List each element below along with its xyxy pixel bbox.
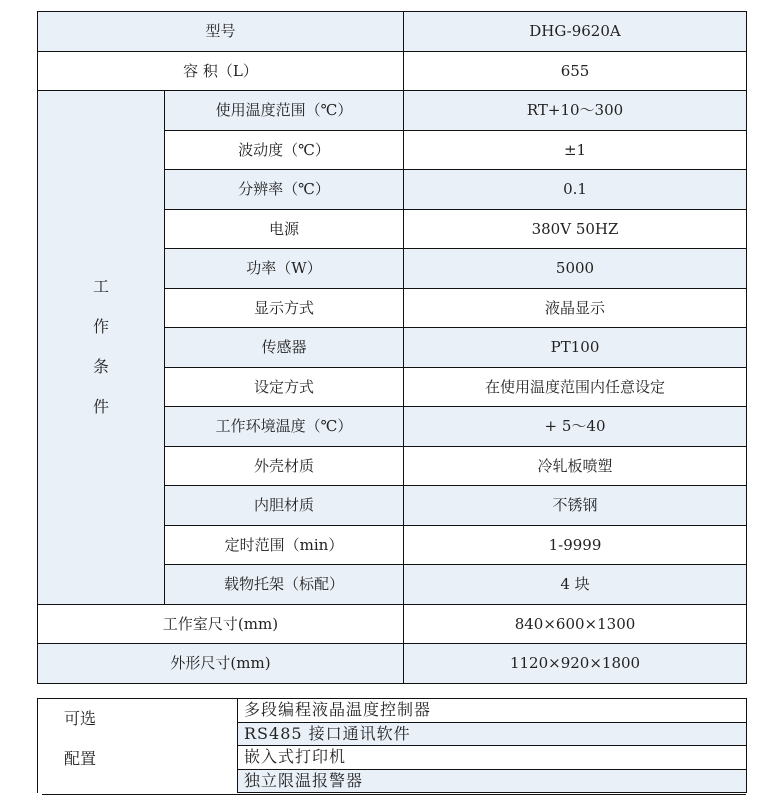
row-label: 使用温度范围（℃） [165, 91, 404, 131]
optional-config-label: 可选 配置 [38, 699, 238, 793]
row-value: 1-9999 [404, 525, 747, 565]
row-label: 传感器 [165, 328, 404, 368]
optional-label-line1: 可选 [64, 699, 237, 739]
chamber-size-label: 工作室尺寸(mm) [38, 604, 404, 644]
optional-item: 独立限温报警器 [238, 769, 747, 793]
volume-value: 655 [404, 51, 747, 91]
row-value: RT+10～300 [404, 91, 747, 131]
group-char: 条 [38, 347, 164, 387]
row-value: 冷轧板喷塑 [404, 446, 747, 486]
outer-size-value: 1120×920×1800 [404, 644, 747, 684]
table-row: 工 作 条 件 使用温度范围（℃） RT+10～300 [38, 91, 747, 131]
outer-size-label: 外形尺寸(mm) [38, 644, 404, 684]
group-char: 件 [38, 387, 164, 427]
row-value: 4 块 [404, 565, 747, 605]
row-value: 380V 50HZ [404, 209, 747, 249]
row-value: 液晶显示 [404, 288, 747, 328]
row-value: 不锈钢 [404, 486, 747, 526]
table-row-chamber-size: 工作室尺寸(mm) 840×600×1300 [38, 604, 747, 644]
table-row-volume: 容 积（L） 655 [38, 51, 747, 91]
optional-config-table: 可选 配置 多段编程液晶温度控制器 RS485 接口通讯软件 嵌入式打印机 独立… [37, 698, 747, 793]
row-label: 功率（W） [165, 249, 404, 289]
working-conditions-group-label: 工 作 条 件 [38, 91, 165, 605]
row-label: 显示方式 [165, 288, 404, 328]
row-label: 电源 [165, 209, 404, 249]
row-label: 外壳材质 [165, 446, 404, 486]
row-label: 工作环境温度（℃） [165, 407, 404, 447]
row-value: 5000 [404, 249, 747, 289]
row-value: ±1 [404, 130, 747, 170]
group-char: 工 [38, 267, 164, 307]
table-bottom-border [42, 794, 746, 795]
table-row-outer-size: 外形尺寸(mm) 1120×920×1800 [38, 644, 747, 684]
optional-item: 多段编程液晶温度控制器 [238, 699, 747, 723]
model-value: DHG-9620A [404, 12, 747, 52]
optional-label-line2: 配置 [64, 739, 237, 779]
row-value: 0.1 [404, 170, 747, 210]
row-label: 内胆材质 [165, 486, 404, 526]
row-value: PT100 [404, 328, 747, 368]
row-label: 设定方式 [165, 367, 404, 407]
row-label: 分辨率（℃） [165, 170, 404, 210]
chamber-size-value: 840×600×1300 [404, 604, 747, 644]
optional-item: 嵌入式打印机 [238, 746, 747, 770]
model-label: 型号 [38, 12, 404, 52]
row-label: 载物托架（标配） [165, 565, 404, 605]
optional-item: RS485 接口通讯软件 [238, 722, 747, 746]
volume-label: 容 积（L） [38, 51, 404, 91]
row-value: + 5～40 [404, 407, 747, 447]
spec-table: 型号 DHG-9620A 容 积（L） 655 工 作 条 件 使用温度范围（℃… [37, 11, 747, 684]
row-label: 定时范围（min） [165, 525, 404, 565]
optional-row: 可选 配置 多段编程液晶温度控制器 [38, 699, 747, 723]
table-row-model: 型号 DHG-9620A [38, 12, 747, 52]
group-char: 作 [38, 307, 164, 347]
row-value: 在使用温度范围内任意设定 [404, 367, 747, 407]
row-label: 波动度（℃） [165, 130, 404, 170]
